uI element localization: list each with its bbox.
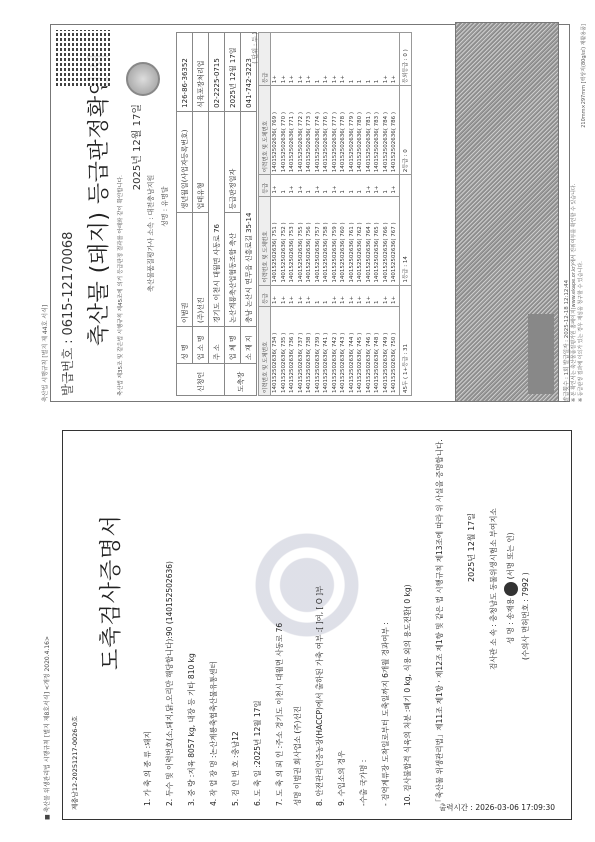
applicant-regno: 126-86-36352 — [177, 33, 193, 112]
applicant-address: 경기도 이천시 대월면 사동로 76 — [209, 111, 225, 326]
summary-row: 45두 ( 1+등급 : 311등급 : 142등급 : 0등외등급 : 0 ) — [399, 33, 411, 396]
table-row: 140152502636( 738 )1+140152502636( 756 )… — [305, 33, 314, 396]
official-seal-icon — [126, 62, 160, 96]
issue-label: 발급번호 : — [60, 340, 75, 397]
table-row: 140152502636( 749 )1+140152502636( 766 )… — [382, 33, 391, 396]
certificate-item: 8. 안전관리인증농장(HACCP)에서 출하된 가축 여부 : [ ]여, [… — [314, 586, 325, 806]
print-timestamp: 출력시간 : 2026-03-06 17:09:30 — [439, 802, 555, 813]
license-number: (수의사 면허번호 : 7992 ) — [520, 572, 531, 660]
redacted-block — [528, 314, 554, 394]
table-row: 140152502636( 741 )1140152502636( 758 )1… — [322, 33, 331, 396]
section-applicant: 신청인 — [177, 364, 225, 396]
inspector-org: 검사관 소 속 : 충청남도 동물위생시험소 부여지소 — [488, 508, 499, 670]
certificate-date: 2025년 12월 17일 — [466, 513, 477, 582]
issue-value: 0615-12170068 — [61, 232, 76, 336]
certificate-item: 2. 두수 및 이력번호(소,돼지,닭,오리만 해당합니다): 90 (1401… — [164, 561, 175, 806]
certificate-item: 10. 검사불합격 식육의 처분 : 폐기 0 kg, 식용 외의 용도전환( … — [402, 584, 413, 806]
issue-number: 발급번호 : 0615-12170068 — [58, 232, 76, 396]
inspection-certificate: ■ 축산물 위생관리법 시행규칙 [별지 제8호서식] <개정 2020.4.1… — [42, 420, 582, 820]
table-row: 140152502636( 739 )1140152502636( 757 )1… — [314, 33, 323, 396]
applicant-name: 이범권 — [177, 213, 193, 327]
law-reference: ■ 축산물 위생관리법 시행규칙 [별지 제8호서식] <개정 2020.4.1… — [42, 636, 51, 820]
grade-certificate: 축산법 시행규칙 [별지 제 44호 서식] 발급번호 : 0615-12170… — [40, 24, 585, 402]
footer-note: ※ 등급판정 결과에 이의가 있는 경우 재심을 청구할 수 있습니다. — [577, 261, 584, 402]
certificate-item: 3. 중 량 : 지육 8057 kg, 내장 등 기타 810 kg — [186, 653, 197, 806]
table-row: 140152502636( 736 )1+140152502636( 753 )… — [288, 33, 297, 396]
watermark-logo-icon — [232, 510, 382, 660]
certificate-item: 5. 검 인 번 호 : 충남12 — [230, 731, 241, 806]
applicant-phone: 02-2225-0715 — [209, 33, 225, 112]
certificate-item: - 검역계류장 도착일로부터 도축일까지 6개월 경과여부 : — [380, 622, 391, 806]
inspector-name: 성 명 : 송재용 (서명 또는 인) — [504, 532, 518, 644]
evaluator-name: 성명 : 유명달 — [160, 186, 170, 227]
law-reference: 축산법 시행규칙 [별지 제 44호 서식] — [40, 305, 49, 402]
column-header: 이력번호 및 도체번호 — [259, 306, 271, 395]
certificate-item: 7. 도 축 의 뢰 인 : 주소 경기도 이천시 대월면 사동로 76 — [274, 623, 285, 806]
slaughterhouse-name: 논산계룡축산업협동조합 축산 — [225, 213, 241, 327]
column-header: 이력번호 및 도체번호 — [259, 86, 271, 175]
statement: 「축산물 위생관리법」제11조 제1항 · 제12조 제1항 및 같은 법 시행… — [434, 436, 445, 806]
table-row: 140152502636( 735 )1+140152502636( 752 )… — [280, 33, 289, 396]
grading-date: 2025년 12월 17일 — [225, 33, 241, 112]
certificate-item: 성명 이범권 회사업소 (주)선진 — [292, 706, 303, 806]
table-row: 140152502636( 734 )1+140152502636( 751 )… — [271, 33, 280, 396]
issue-date: 2025년 12월 17일 — [128, 104, 143, 190]
signature-stamp-icon — [504, 582, 518, 596]
issue-footer: 발급횟수 : 1회 발급일자 : 2025-12-18 12:12:44 — [562, 280, 570, 402]
page-title: 축산물 (돼지) 등급판정확인서 — [82, 52, 113, 346]
grade-list-table: 이력번호 및 도체번호등급이력번호 및 도체번호등급이력번호 및 도체번호등급 … — [258, 32, 412, 396]
table-row: 140152502636( 737 )1+140152502636( 755 )… — [297, 33, 306, 396]
page-title: 도축검사증명서 — [94, 514, 125, 670]
column-header: 이력번호 및 도체번호 — [259, 196, 271, 285]
evaluator-org: 축산물품질평가사 소속 : 대전충남지원 — [146, 175, 156, 292]
table-row: 140152502636( 748 )1140152502636( 765 )1… — [373, 33, 382, 396]
footer-note: ※ 본 확인서는 축산물품질평가원 홈페이지(www.ekape.or.kr)에… — [570, 184, 577, 402]
column-header: 등급 — [259, 33, 271, 86]
slaughterhouse-location: 충남 논산시 연무읍 신흥로길 35-14 — [241, 111, 257, 326]
paper-spec: 210mm×297mm [백상지(80g/㎡) 재활용품] — [580, 24, 587, 128]
table-row: 140152502636( 743 )1+140152502636( 760 )… — [339, 33, 348, 396]
notice-text: 축산법 제35조 및 같은법 시행규칙 제45조에 의거 등급판정 결과를 아래… — [116, 175, 124, 396]
column-header: 등급 — [259, 175, 271, 196]
table-row: 140152502636( 742 )1+140152502636( 759 )… — [331, 33, 340, 396]
certificate-item: -수출 국가명 : — [358, 760, 369, 806]
table-row: 140152502636( 744 )1+140152502636( 761 )… — [348, 33, 357, 396]
column-header: 등급 — [259, 285, 271, 306]
document-number: 제충남12-20251217-0026-0호 — [70, 716, 79, 810]
applicant-type: 식육포장처리업 — [193, 33, 209, 112]
certificate-item: 4. 작 업 장 명 : 논산계룡축협축산물유통센터 — [208, 661, 219, 806]
certificate-item: 9. 수입소의 경우 — [336, 751, 347, 806]
applicant-biz: (주)선진 — [193, 213, 209, 327]
table-row: 140152502636( 746 )1+140152502636( 764 )… — [365, 33, 374, 396]
certificate-item: 6. 도 축 일 : 2025년 12월 17일 — [252, 700, 263, 806]
certificate-item: 1. 가 축 의 종 류 : 돼지 — [142, 731, 153, 806]
table-row: 140152502636( 745 )1+140152502636( 762 )… — [356, 33, 365, 396]
table-row: 140152502636( 750 )1+140152502636( 767 )… — [390, 33, 399, 396]
applicant-info-table: 신청인 성 명 이범권 생년월일(사업자등록번호) 126-86-36352 업… — [176, 32, 257, 396]
qr-code-icon — [54, 30, 110, 86]
section-slaughterhouse: 도축장 — [225, 364, 257, 396]
